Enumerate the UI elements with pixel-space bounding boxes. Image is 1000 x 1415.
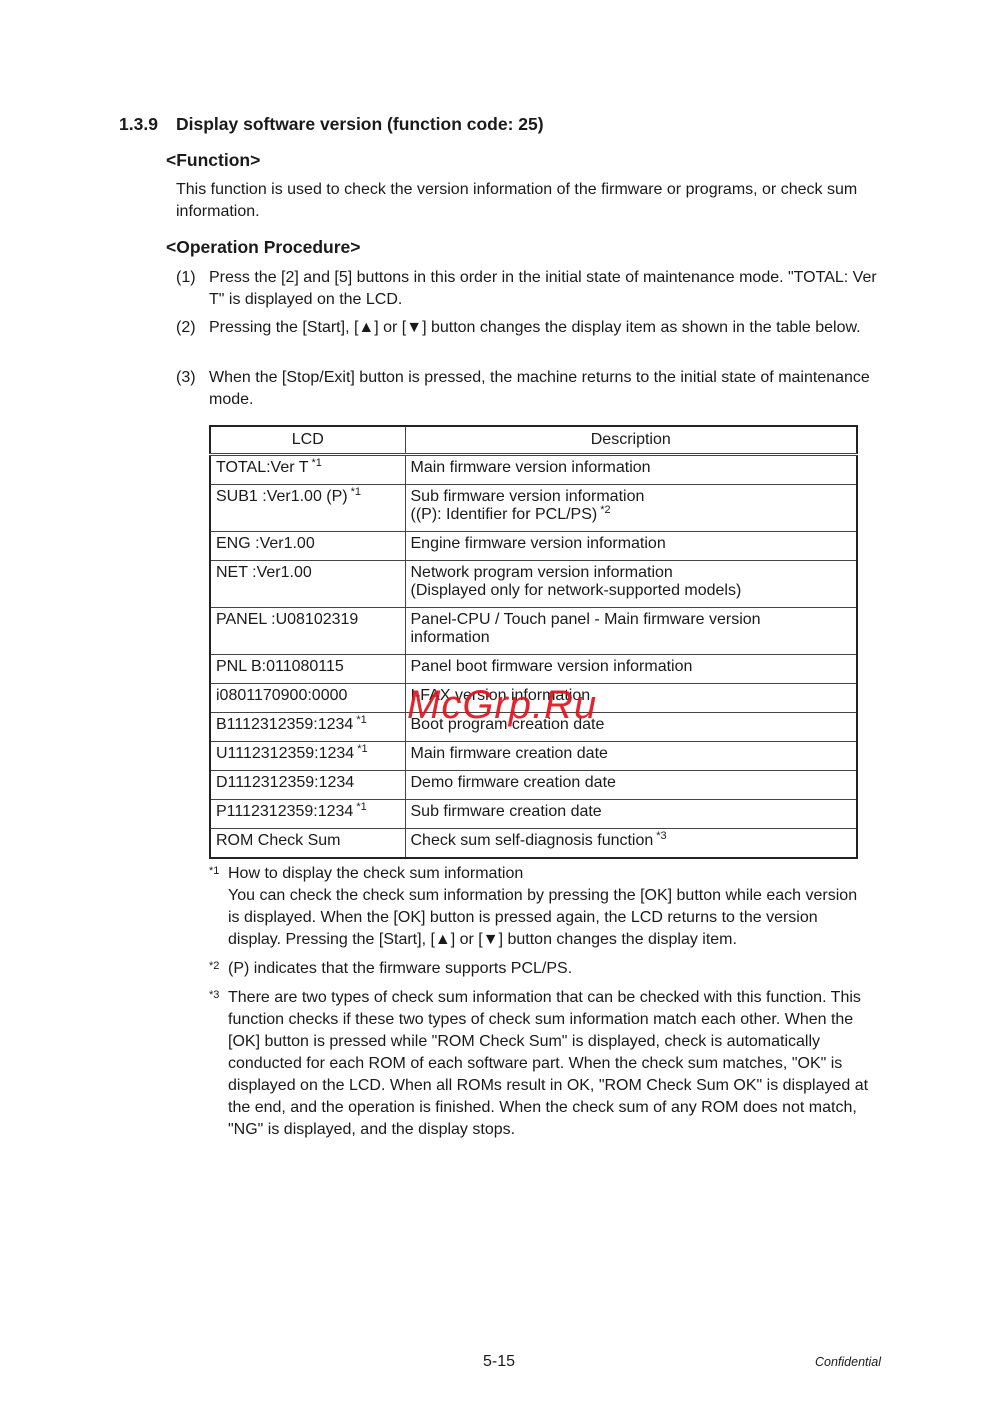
lcd-text: P1112312359:1234: [216, 803, 353, 820]
description-text: Network program version information: [411, 564, 673, 581]
description-cell: Panel-CPU / Touch panel - Main firmware …: [405, 607, 857, 654]
function-description: This function is used to check the versi…: [176, 179, 876, 223]
footnote-mark: *1: [209, 860, 228, 948]
footnote-text: How to display the check sum information: [228, 865, 523, 882]
footnote-ref: *1: [357, 743, 367, 755]
lcd-cell: i0801170900:0000: [210, 683, 405, 712]
footnote-text: There are two types of check sum informa…: [228, 989, 868, 1138]
table-row: NET :Ver1.00Network program version info…: [210, 560, 857, 607]
table-row: P1112312359:1234*1Sub firmware creation …: [210, 799, 857, 828]
lcd-text: ROM Check Sum: [216, 832, 340, 849]
description-text: Engine firmware version information: [411, 535, 666, 552]
confidential-label: Confidential: [815, 1355, 881, 1369]
lcd-text: PANEL :U08102319: [216, 611, 358, 628]
lcd-cell: ENG :Ver1.00: [210, 531, 405, 560]
table-row: PNL B:011080115Panel boot firmware versi…: [210, 654, 857, 683]
footnote-ref: *1: [356, 714, 366, 726]
footnote-text: You can check the check sum information …: [228, 887, 857, 948]
lcd-text: U1112312359:1234: [216, 745, 354, 762]
lcd-cell: D1112312359:1234: [210, 770, 405, 799]
description-text: Panel boot firmware version information: [411, 658, 693, 675]
column-header-description: Description: [405, 426, 857, 454]
procedure-step: (2) Pressing the [Start], [▲] or [▼] but…: [176, 317, 881, 339]
table-header-row: LCD Description: [210, 426, 857, 454]
table-row: TOTAL:Ver T*1Main firmware version infor…: [210, 454, 857, 484]
lcd-display-table: LCD Description TOTAL:Ver T*1Main firmwa…: [209, 425, 858, 859]
lcd-text: PNL B:011080115: [216, 658, 344, 675]
step-text: When the [Stop/Exit] button is pressed, …: [209, 367, 881, 411]
table-row: B1112312359:1234*1Boot program creation …: [210, 712, 857, 741]
lcd-cell: PNL B:011080115: [210, 654, 405, 683]
description-cell: Network program version information(Disp…: [405, 560, 857, 607]
lcd-cell: U1112312359:1234*1: [210, 741, 405, 770]
footnote-ref: *1: [356, 801, 366, 813]
lcd-text: TOTAL:Ver T: [216, 459, 308, 476]
description-text: Demo firmware creation date: [411, 774, 616, 791]
lcd-cell: B1112312359:1234*1: [210, 712, 405, 741]
table-row: ROM Check SumCheck sum self-diagnosis fu…: [210, 828, 857, 858]
description-text-line2: ((P): Identifier for PCL/PS): [411, 506, 598, 523]
function-heading: <Function>: [166, 150, 260, 171]
footnote: *3There are two types of check sum infor…: [209, 987, 869, 1141]
step-number: (1): [176, 267, 209, 311]
description-text-line2: information: [411, 629, 490, 646]
lcd-text: SUB1 :Ver1.00 (P): [216, 488, 348, 505]
footnote-text: (P) indicates that the firmware supports…: [228, 960, 572, 977]
description-cell: Sub firmware version information((P): Id…: [405, 484, 857, 531]
description-text-line2: (Displayed only for network-supported mo…: [411, 582, 742, 599]
lcd-cell: PANEL :U08102319: [210, 607, 405, 654]
description-cell: Check sum self-diagnosis function*3: [405, 828, 857, 858]
description-cell: I-FAX version information: [405, 683, 857, 712]
procedure-step: (3) When the [Stop/Exit] button is press…: [176, 367, 881, 411]
description-text: Check sum self-diagnosis function: [411, 832, 654, 849]
description-text: Sub firmware creation date: [411, 803, 602, 820]
description-cell: Panel boot firmware version information: [405, 654, 857, 683]
procedure-heading: <Operation Procedure>: [166, 237, 361, 258]
lcd-cell: ROM Check Sum: [210, 828, 405, 858]
lcd-text: i0801170900:0000: [216, 687, 347, 704]
footnote-ref: *1: [351, 486, 361, 498]
procedure-step: (1) Press the [2] and [5] buttons in thi…: [176, 267, 881, 311]
page-number: 5-15: [483, 1353, 515, 1371]
description-text: I-FAX version information: [411, 687, 591, 704]
footnote-ref: *2: [600, 504, 610, 516]
lcd-cell: NET :Ver1.00: [210, 560, 405, 607]
lcd-cell: TOTAL:Ver T*1: [210, 454, 405, 484]
table-row: ENG :Ver1.00Engine firmware version info…: [210, 531, 857, 560]
step-text: Pressing the [Start], [▲] or [▼] button …: [209, 317, 881, 339]
table-row: U1112312359:1234*1Main firmware creation…: [210, 741, 857, 770]
section-number: 1.3.9: [119, 114, 176, 135]
footnote-ref: *1: [311, 457, 321, 469]
step-text: Press the [2] and [5] buttons in this or…: [209, 267, 881, 311]
footnote: *2(P) indicates that the firmware suppor…: [209, 958, 869, 980]
footnote-mark: *3: [209, 984, 228, 1138]
section-title: Display software version (function code:…: [176, 114, 544, 134]
description-text: Main firmware creation date: [411, 745, 608, 762]
description-cell: Demo firmware creation date: [405, 770, 857, 799]
description-cell: Engine firmware version information: [405, 531, 857, 560]
table-row: SUB1 :Ver1.00 (P)*1Sub firmware version …: [210, 484, 857, 531]
description-text: Main firmware version information: [411, 459, 651, 476]
lcd-text: B1112312359:1234: [216, 716, 353, 733]
lcd-text: D1112312359:1234: [216, 774, 354, 791]
footnote: *1How to display the check sum informati…: [209, 863, 869, 951]
lcd-cell: P1112312359:1234*1: [210, 799, 405, 828]
description-cell: Main firmware version information: [405, 454, 857, 484]
description-cell: Main firmware creation date: [405, 741, 857, 770]
description-text: Boot program creation date: [411, 716, 605, 733]
description-cell: Boot program creation date: [405, 712, 857, 741]
description-text: Panel-CPU / Touch panel - Main firmware …: [411, 611, 761, 628]
description-text: Sub firmware version information: [411, 488, 645, 505]
lcd-text: NET :Ver1.00: [216, 564, 312, 581]
section-heading: 1.3.9Display software version (function …: [119, 114, 544, 135]
table-row: PANEL :U08102319Panel-CPU / Touch panel …: [210, 607, 857, 654]
footnote-ref: *3: [656, 830, 666, 842]
description-cell: Sub firmware creation date: [405, 799, 857, 828]
table-row: D1112312359:1234Demo firmware creation d…: [210, 770, 857, 799]
table-row: i0801170900:0000I-FAX version informatio…: [210, 683, 857, 712]
step-number: (2): [176, 317, 209, 339]
column-header-lcd: LCD: [210, 426, 405, 454]
lcd-cell: SUB1 :Ver1.00 (P)*1: [210, 484, 405, 531]
lcd-text: ENG :Ver1.00: [216, 535, 315, 552]
step-number: (3): [176, 367, 209, 411]
footnote-mark: *2: [209, 955, 228, 977]
